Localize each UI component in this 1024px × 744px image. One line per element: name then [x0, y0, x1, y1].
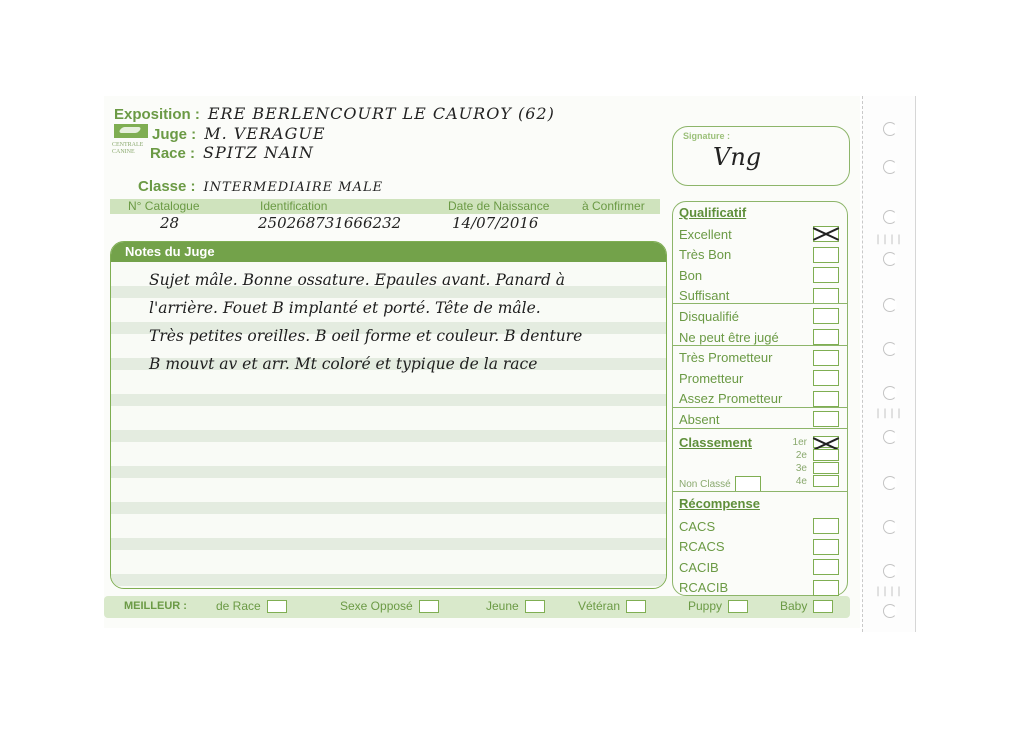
- qualificatif-option[interactable]: Assez Prometteur: [679, 389, 839, 409]
- tick-marks: ||||: [875, 586, 903, 597]
- qualificatif-title: Qualificatif: [679, 205, 746, 220]
- meilleur-checkbox[interactable]: [267, 600, 287, 613]
- qualificatif-label: Excellent: [679, 227, 732, 242]
- race-label: Race :: [150, 145, 195, 162]
- qualificatif-checkbox[interactable]: [813, 267, 839, 283]
- divider: [673, 345, 847, 346]
- qualificatif-option[interactable]: Ne peut être jugé: [679, 327, 839, 347]
- qualificatif-checkbox[interactable]: [813, 308, 839, 324]
- rank-label: 3e: [796, 463, 807, 474]
- qualificatif-option[interactable]: Très Prometteur: [679, 348, 839, 368]
- meilleur-option[interactable]: Baby: [780, 599, 833, 613]
- identification-header: N° Catalogue Identification Date de Nais…: [110, 199, 660, 214]
- qualificatif-checkbox[interactable]: [813, 288, 839, 304]
- non-classe-label: Non Classé: [679, 479, 731, 490]
- meilleur-band: MEILLEUR : de Race Sexe Opposé Jeune Vét…: [104, 596, 850, 618]
- qualificatif-checkbox[interactable]: [813, 411, 839, 427]
- header-identification: Identification: [260, 199, 327, 213]
- tick-marks: ||||: [875, 234, 903, 245]
- divider: [673, 428, 847, 429]
- meilleur-checkbox[interactable]: [626, 600, 646, 613]
- recompense-label: RCACS: [679, 539, 725, 554]
- notes-line: Très petites oreilles. B oeil forme et c…: [149, 322, 646, 350]
- non-classe-row: Non Classé: [679, 476, 761, 492]
- meilleur-option[interactable]: Vétéran: [578, 599, 646, 613]
- recompense-label: CACS: [679, 519, 715, 534]
- punch-hole-icon: [883, 604, 897, 618]
- race-row: Race : SPITZ NAIN: [150, 143, 314, 162]
- juge-label: Juge :: [152, 126, 196, 143]
- signature-mark: Vng: [713, 143, 761, 171]
- qualificatif-label: Prometteur: [679, 371, 743, 386]
- results-panel: Qualificatif Excellent Très Bon Bon Suff…: [672, 201, 848, 596]
- punch-hole-icon: [883, 210, 897, 224]
- punch-hole-icon: [883, 342, 897, 356]
- juge-row: Juge : M. VERAGUE: [152, 124, 326, 143]
- qualificatif-label: Très Prometteur: [679, 350, 772, 365]
- qualificatif-checkbox[interactable]: [813, 391, 839, 407]
- qualificatif-label: Suffisant: [679, 288, 729, 303]
- classement-option[interactable]: 4e: [796, 475, 839, 487]
- notes-title: Notes du Juge: [111, 242, 666, 262]
- meilleur-option-label: Puppy: [688, 599, 722, 613]
- identification-value[interactable]: 250268731666232: [258, 214, 401, 232]
- classe-label: Classe :: [138, 178, 196, 195]
- meilleur-option[interactable]: Puppy: [688, 599, 748, 613]
- exposition-value[interactable]: ERE BERLENCOURT LE CAUROY (62): [208, 104, 555, 123]
- judge-notes-panel: Notes du Juge Sujet mâle. Bonne ossature…: [110, 241, 667, 589]
- divider: [673, 491, 847, 492]
- classement-option[interactable]: 1er: [793, 436, 839, 448]
- rank-label: 4e: [796, 476, 807, 487]
- recompense-checkbox[interactable]: [813, 518, 839, 534]
- qualificatif-option[interactable]: Très Bon: [679, 245, 839, 265]
- rank-checkbox[interactable]: [813, 462, 839, 474]
- catalogue-value[interactable]: 28: [160, 214, 179, 232]
- recompense-option[interactable]: RCACIB: [679, 578, 839, 598]
- recompense-checkbox[interactable]: [813, 580, 839, 596]
- punch-hole-icon: [883, 122, 897, 136]
- qualificatif-checkbox[interactable]: [813, 370, 839, 386]
- rank-label: 1er: [793, 437, 807, 448]
- qualificatif-label: Absent: [679, 412, 719, 427]
- signature-box[interactable]: Signature : Vng: [672, 126, 850, 186]
- rank-checkbox[interactable]: [813, 475, 839, 487]
- recompense-label: CACIB: [679, 560, 719, 575]
- meilleur-label: MEILLEUR :: [124, 600, 187, 612]
- header-a-confirmer: à Confirmer: [582, 199, 645, 213]
- recompense-title: Récompense: [679, 496, 760, 511]
- classement-title: Classement: [679, 435, 752, 450]
- meilleur-checkbox[interactable]: [525, 600, 545, 613]
- rank-checkbox[interactable]: [813, 436, 839, 448]
- perforated-tear-strip: |||| |||| ||||: [862, 96, 916, 632]
- recompense-label: RCACIB: [679, 580, 728, 595]
- classement-option[interactable]: 2e: [796, 449, 839, 461]
- punch-hole-icon: [883, 160, 897, 174]
- qualificatif-option[interactable]: Bon: [679, 265, 839, 285]
- meilleur-option-label: Baby: [780, 599, 807, 613]
- qualificatif-checkbox[interactable]: [813, 329, 839, 345]
- exposition-row: Exposition : ERE BERLENCOURT LE CAUROY (…: [114, 104, 555, 123]
- qualificatif-option[interactable]: Prometteur: [679, 368, 839, 388]
- rank-checkbox[interactable]: [813, 449, 839, 461]
- recompense-checkbox[interactable]: [813, 539, 839, 555]
- centrale-canine-logo-icon: [114, 124, 148, 138]
- recompense-option[interactable]: CACS: [679, 516, 839, 536]
- tick-marks: ||||: [875, 408, 903, 419]
- recompense-option[interactable]: CACIB: [679, 557, 839, 577]
- qualificatif-option[interactable]: Excellent: [679, 224, 839, 244]
- classe-value[interactable]: INTERMEDIAIRE MALE: [204, 180, 384, 195]
- signature-label: Signature :: [683, 131, 730, 141]
- meilleur-checkbox[interactable]: [813, 600, 833, 613]
- qualificatif-label: Bon: [679, 268, 702, 283]
- notes-line: B mouvt av et arr. Mt coloré et typique …: [149, 350, 646, 378]
- meilleur-checkbox[interactable]: [728, 600, 748, 613]
- punch-hole-icon: [883, 520, 897, 534]
- divider: [673, 303, 847, 304]
- qualificatif-label: Très Bon: [679, 247, 731, 262]
- header-catalogue: N° Catalogue: [128, 199, 200, 213]
- header-date-naissance: Date de Naissance: [448, 199, 549, 213]
- qualificatif-checkbox[interactable]: [813, 226, 839, 242]
- juge-value[interactable]: M. VERAGUE: [204, 124, 325, 143]
- qualificatif-label: Ne peut être jugé: [679, 330, 779, 345]
- recompense-option[interactable]: RCACS: [679, 537, 839, 557]
- punch-hole-icon: [883, 252, 897, 266]
- rank-label: 2e: [796, 450, 807, 461]
- non-classe-checkbox[interactable]: [735, 476, 761, 492]
- notes-text[interactable]: Sujet mâle. Bonne ossature. Epaules avan…: [149, 266, 646, 378]
- qualificatif-checkbox[interactable]: [813, 350, 839, 366]
- meilleur-option[interactable]: de Race: [216, 599, 287, 613]
- punch-hole-icon: [883, 430, 897, 444]
- meilleur-option-label: Sexe Opposé: [340, 599, 413, 613]
- meilleur-option-label: de Race: [216, 599, 261, 613]
- punch-hole-icon: [883, 386, 897, 400]
- race-value[interactable]: SPITZ NAIN: [203, 143, 314, 162]
- meilleur-option[interactable]: Sexe Opposé: [340, 599, 439, 613]
- notes-line: Sujet mâle. Bonne ossature. Epaules avan…: [149, 266, 646, 294]
- punch-hole-icon: [883, 476, 897, 490]
- qualificatif-option[interactable]: Absent: [679, 409, 839, 429]
- qualificatif-checkbox[interactable]: [813, 247, 839, 263]
- exposition-label: Exposition :: [114, 106, 200, 123]
- notes-line: l'arrière. Fouet B implanté et porté. Tê…: [149, 294, 646, 322]
- classement-option[interactable]: 3e: [796, 462, 839, 474]
- meilleur-checkbox[interactable]: [419, 600, 439, 613]
- date-naissance-value[interactable]: 14/07/2016: [452, 214, 538, 232]
- qualificatif-option[interactable]: Disqualifié: [679, 306, 839, 326]
- recompense-checkbox[interactable]: [813, 559, 839, 575]
- meilleur-option-label: Vétéran: [578, 599, 620, 613]
- qualificatif-label: Disqualifié: [679, 309, 739, 324]
- logo-text: CENTRALE CANINE: [112, 142, 143, 156]
- divider: [673, 407, 847, 408]
- meilleur-option[interactable]: Jeune: [486, 599, 545, 613]
- qualificatif-label: Assez Prometteur: [679, 391, 782, 406]
- punch-hole-icon: [883, 564, 897, 578]
- classe-row: Classe : INTERMEDIAIRE MALE: [138, 178, 383, 195]
- punch-hole-icon: [883, 298, 897, 312]
- meilleur-option-label: Jeune: [486, 599, 519, 613]
